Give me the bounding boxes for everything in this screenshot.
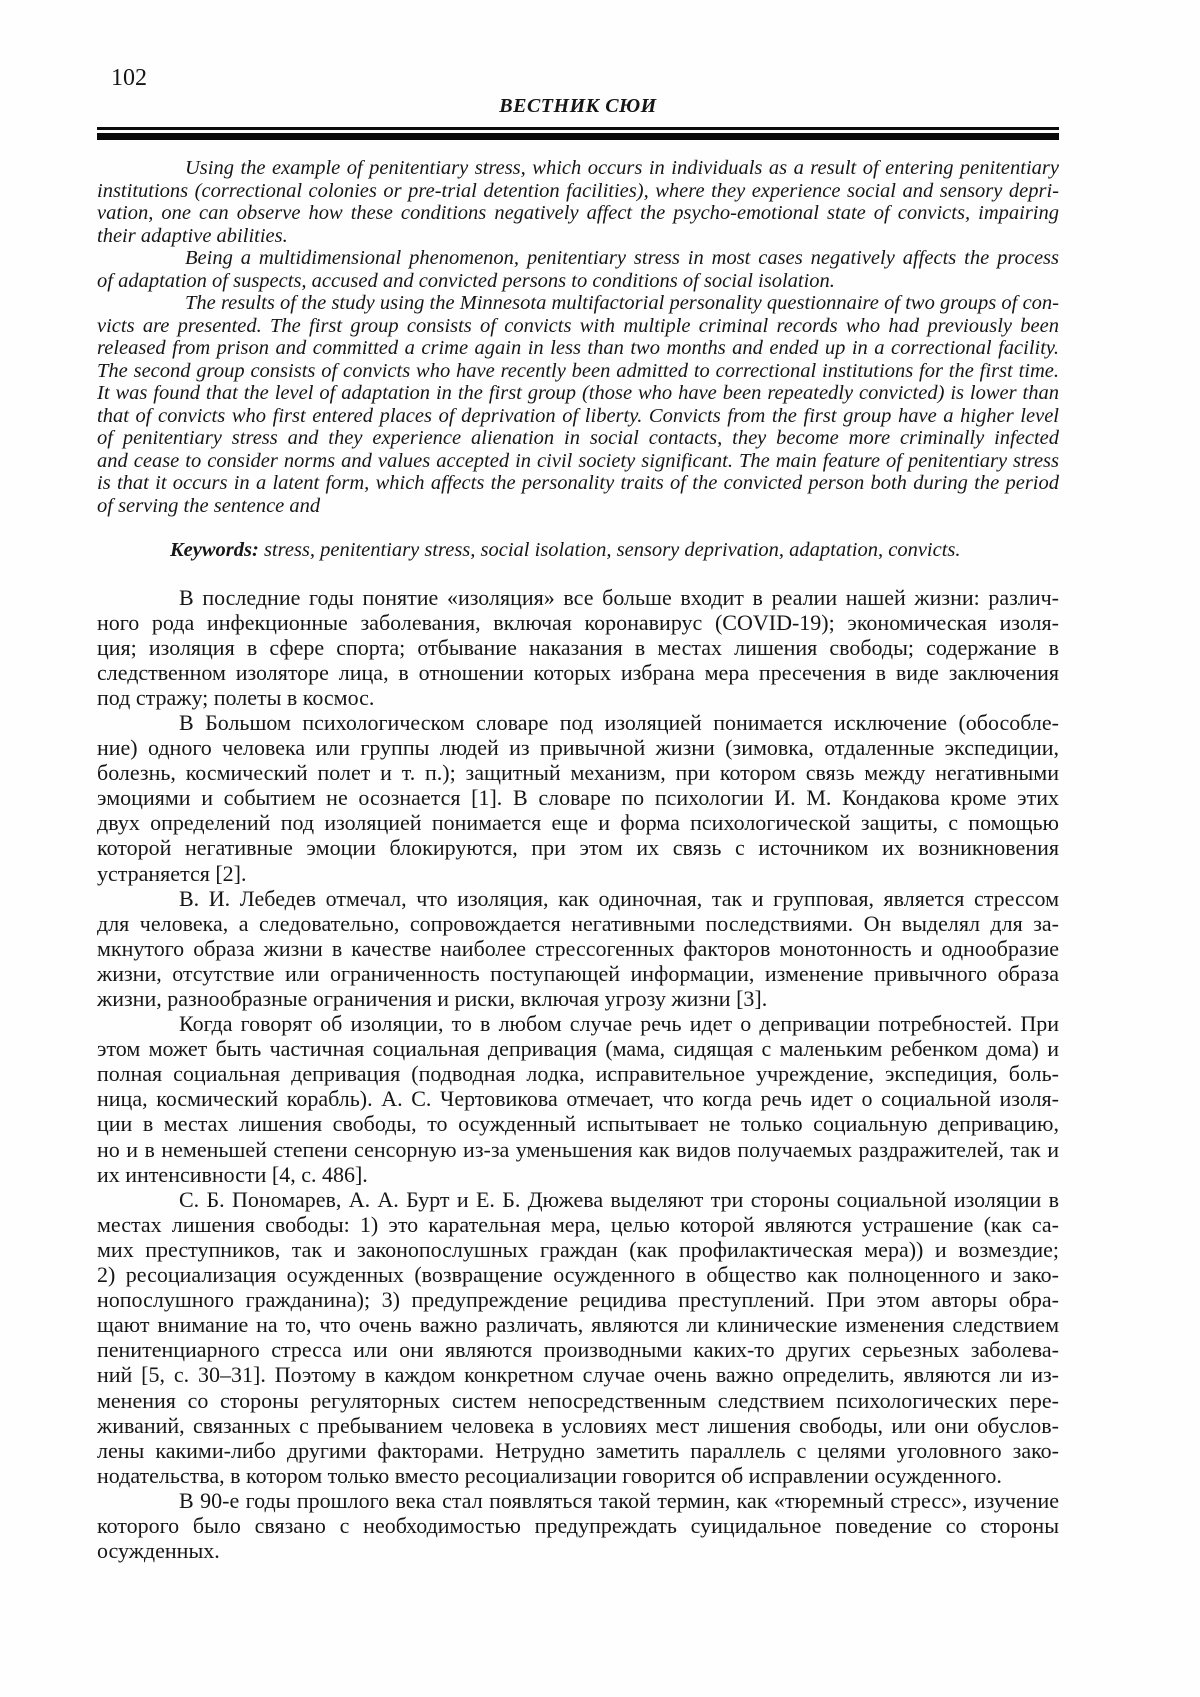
keywords-line: Keywords: stress, penitentiary stress, s… [97,539,1059,562]
text-line: The second group consists of convicts wh… [97,360,1059,383]
text-line: под стражу; полеты в космос. [97,685,1059,710]
header-double-rule [97,127,1059,140]
text-line: is that it occurs in a latent form, whic… [97,472,1059,495]
text-line: vation, one can observe how these condit… [97,202,1059,225]
text-line: It was found that the level of adaptatio… [97,382,1059,405]
text-line: of penitentiary stress and they experien… [97,427,1059,450]
text-line: ция; изоляция в сфере спорта; отбывание … [97,635,1059,660]
text-line: ции в местах лишения свободы, то осужден… [97,1111,1059,1136]
text-line: В Большом психологическом словаре под из… [97,710,1059,735]
text-line: нодательства, в котором только вместо ре… [97,1463,1059,1488]
text-line: двух определений под изоляцией понимаетс… [97,810,1059,835]
text-line: Когда говорят об изоляции, то в любом сл… [97,1011,1059,1036]
text-line: Being a multidimensional phenomenon, pen… [97,247,1059,270]
text-line: released from prison and committed a cri… [97,337,1059,360]
journal-page: 102 ВЕСТНИК СЮИ Using the example of pen… [0,0,1200,1697]
text-line: которого было связано с необходимостью п… [97,1513,1059,1538]
page-content: ВЕСТНИК СЮИ Using the example of peniten… [97,0,1059,1563]
keywords-text: stress, penitentiary stress, social isol… [259,539,961,561]
text-line: полная социальная депривация (подводная … [97,1061,1059,1086]
text-line: С. Б. Пономарев, А. А. Бурт и Е. Б. Дюже… [97,1187,1059,1212]
text-line: эмоциями и событием не осознается [1]. В… [97,785,1059,810]
text-line: осужденных. [97,1538,1059,1563]
text-line: ний [5, с. 30–31]. Поэтому в каждом конк… [97,1362,1059,1387]
text-line: пенитенциарного стресса или они являются… [97,1337,1059,1362]
text-line: В. И. Лебедев отмечал, что изоляция, как… [97,886,1059,911]
text-line: щают внимание на то, что очень важно раз… [97,1312,1059,1337]
text-line: следственном изоляторе лица, в отношении… [97,660,1059,685]
text-line: живаний, связанных с пребыванием человек… [97,1413,1059,1438]
text-line: and cease to consider norms and values a… [97,450,1059,473]
text-line: В последние годы понятие «изоляция» все … [97,585,1059,610]
text-line: мих преступников, так и законопослушных … [97,1237,1059,1262]
text-line: жизни, отсутствие или ограниченность пос… [97,961,1059,986]
text-line: victs are presented. The first group con… [97,315,1059,338]
text-line: institutions (correctional colonies or p… [97,180,1059,203]
text-line: ние) одного человека или группы людей из… [97,735,1059,760]
text-line: но и в неменьшей степени сенсорную из-за… [97,1137,1059,1162]
text-line: The results of the study using the Minne… [97,292,1059,315]
text-line: их интенсивности [4, с. 486]. [97,1162,1059,1187]
text-line: болезнь, космический полет и т. п.); защ… [97,760,1059,785]
text-line: этом может быть частичная социальная деп… [97,1036,1059,1061]
text-line: мкнутого образа жизни в качестве наиболе… [97,936,1059,961]
text-line: устраняется [2]. [97,861,1059,886]
text-line: of adaptation of suspects, accused and c… [97,270,1059,293]
text-line: 2) ресоциализация осужденных (возвращени… [97,1262,1059,1287]
text-line: their adaptive abilities. [97,225,1059,248]
text-line: that of convicts who first entered place… [97,405,1059,428]
article-body-russian: В последние годы понятие «изоляция» все … [97,585,1059,1564]
text-line: менения со стороны регуляторных систем н… [97,1388,1059,1413]
text-line: которой негативные эмоции блокируются, п… [97,835,1059,860]
text-line: местах лишения свободы: 1) это карательн… [97,1212,1059,1237]
text-line: ного рода инфекционные заболевания, вклю… [97,610,1059,635]
text-line: жизни, разнообразные ограничения и риски… [97,986,1059,1011]
text-line: В 90-е годы прошлого века стал появлятьс… [97,1488,1059,1513]
abstract-english: Using the example of penitentiary stress… [97,157,1059,517]
text-line: Using the example of penitentiary stress… [97,157,1059,180]
text-line: ница, космический корабль). А. С. Чертов… [97,1086,1059,1111]
text-line: of serving the sentence and [97,495,1059,518]
text-line: для человека, а следовательно, сопровожд… [97,911,1059,936]
text-line: нопослушного гражданина); 3) предупрежде… [97,1287,1059,1312]
keywords-label: Keywords: [170,539,259,561]
text-line: лены какими-либо другими факторами. Нетр… [97,1438,1059,1463]
journal-header-title: ВЕСТНИК СЮИ [97,96,1059,116]
